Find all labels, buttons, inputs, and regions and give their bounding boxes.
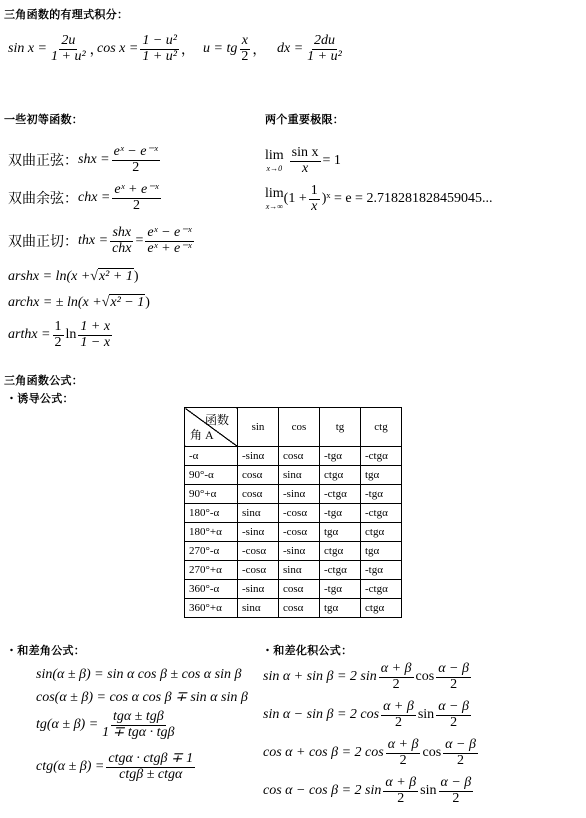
formula-sin-plus-sin: sin α + sin β = 2 sin α + β2 cos α − β2 (263, 662, 473, 692)
formula-arsinh: arshx = ln(x + √x² + 1 ) (8, 268, 139, 285)
formula-limit-sinx: limx→0 sin xx = 1 (265, 146, 341, 176)
formula-limit-e: limx→∞ (1 + 1x )ˣ = e = 2.71828182845904… (265, 184, 492, 214)
section-title-limits: 两个重要极限： (265, 111, 344, 127)
section-title-sum-to-product: ・和差化积公式： (262, 642, 352, 658)
section-title-sum-diff: ・和差角公式： (6, 642, 85, 658)
table-row: 90°-αcosαsinαctgαtgα (185, 466, 402, 485)
formula-cosh: 双曲余弦： chx = eˣ + e⁻ˣ2 (8, 183, 163, 213)
table-row: 90°+αcosα-sinα-ctgα-tgα (185, 485, 402, 504)
formula-arcosh: archx = ± ln(x + √x² − 1 ) (8, 294, 150, 311)
formula-sinh: 双曲正弦： shx = eˣ − e⁻ˣ2 (8, 145, 162, 175)
table-header-row: 函数 角 A sin cos tg ctg (185, 408, 402, 447)
section-title-trig: 三角函数公式： (4, 372, 83, 388)
formula-artanh: arthx = 12 ln 1 + x1 − x (8, 320, 114, 350)
formula-sin-sum: sin(α ± β) = sin α cos β ± cos α sin β (36, 667, 241, 683)
formula-cos-minus-cos: cos α − cos β = 2 sin α + β2 sin α − β2 (263, 776, 475, 806)
formula-sin-minus-sin: sin α − sin β = 2 cos α + β2 sin α − β2 (263, 700, 473, 730)
column-header: cos (279, 408, 320, 447)
section-title-rational-integral: 三角函数的有理式积分： (4, 6, 128, 22)
formula-ctg-sum: ctg(α ± β) = ctgα · ctgβ ∓ 1ctgβ ± ctgα (36, 752, 197, 782)
table-row: 180°+α-sinα-cosαtgαctgα (185, 523, 402, 542)
formula-rational-sin: sin x = 2u1 + u² ， (8, 34, 104, 64)
table-row: 270°-α-cosα-sinαctgαtgα (185, 542, 402, 561)
section-title-elementary-functions: 一些初等函数： (4, 111, 83, 127)
formula-tanh: 双曲正切： thx = shxchx = eˣ − e⁻ˣeˣ + e⁻ˣ (8, 226, 196, 256)
induction-table: 函数 角 A sin cos tg ctg -α-sinαcosα-tgα-ct… (184, 407, 402, 618)
section-title-induction: ・诱导公式： (6, 390, 74, 406)
formula-rational-dx: dx = 2du1 + u² (277, 34, 346, 64)
table-row: -α-sinαcosα-tgα-ctgα (185, 447, 402, 466)
formula-rational-u: u = tg x2 ， (203, 34, 266, 64)
table-row: 360°-α-sinαcosα-tgα-ctgα (185, 580, 402, 599)
column-header: ctg (361, 408, 402, 447)
diagonal-header-cell: 函数 角 A (185, 408, 238, 447)
column-header: tg (320, 408, 361, 447)
formula-rational-cos: cos x = 1 − u²1 + u² ， (97, 34, 195, 64)
table-row: 270°+α-cosαsinα-ctgα-tgα (185, 561, 402, 580)
formula-cos-plus-cos: cos α + cos β = 2 cos α + β2 cos α − β2 (263, 738, 480, 768)
table-row: 180°-αsinα-cosα-tgα-ctgα (185, 504, 402, 523)
column-header: sin (238, 408, 279, 447)
table-row: 360°+αsinαcosαtgαctgα (185, 599, 402, 618)
formula-tg-sum: tg(α ± β) = tgα ± tgβ1 ∓ tgα · tgβ (36, 710, 179, 740)
formula-cos-sum: cos(α ± β) = cos α cos β ∓ sin α sin β (36, 689, 248, 706)
